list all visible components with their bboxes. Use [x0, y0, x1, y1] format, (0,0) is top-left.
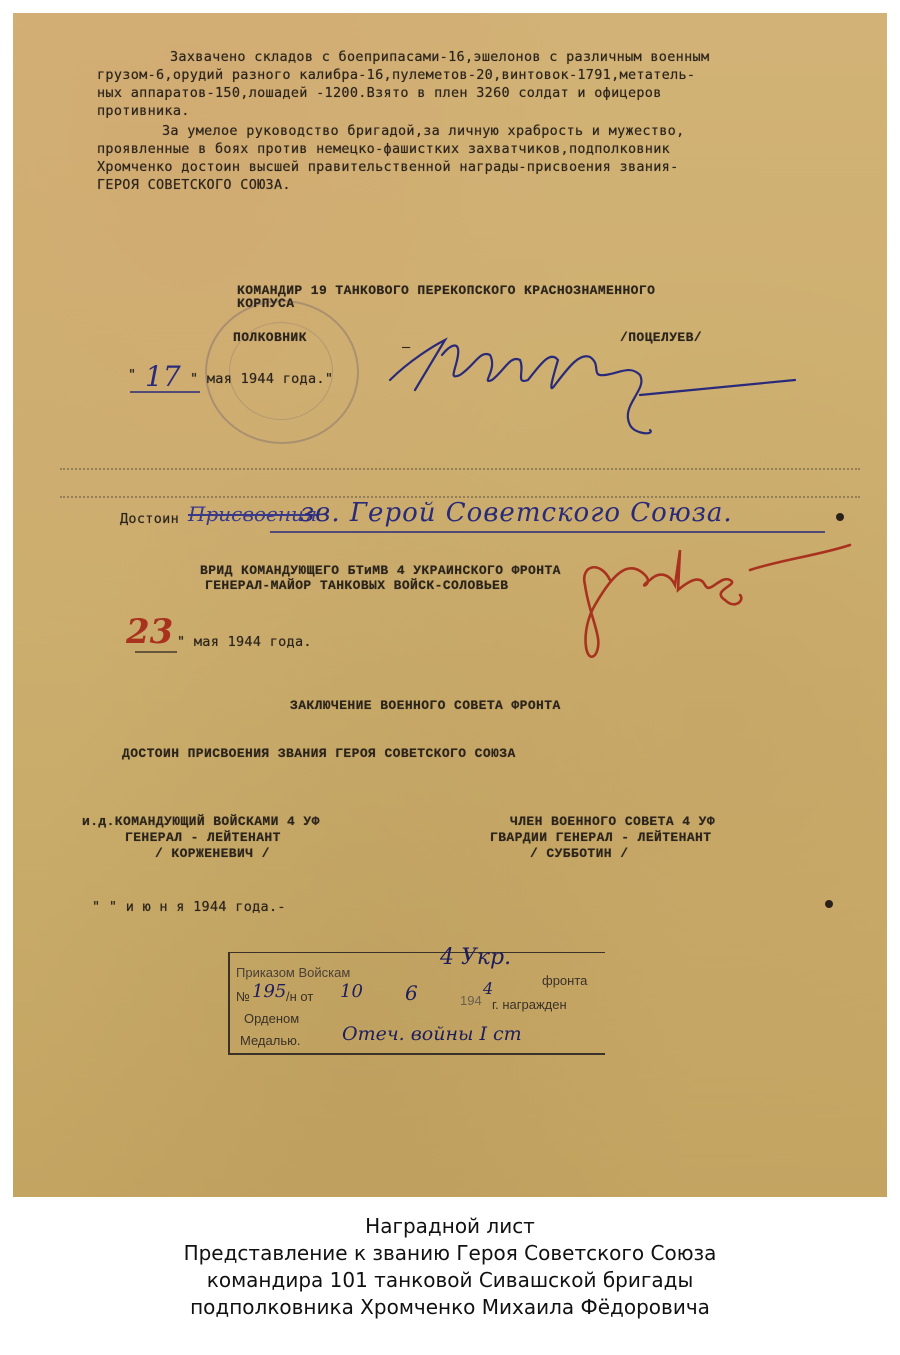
award-medal-row: Медалью. — [240, 1033, 300, 1048]
award-year-handwritten: 4 — [483, 979, 493, 998]
corps-date-day-handwritten: 17 — [145, 360, 181, 393]
armor-date-day-handwritten: 23 — [126, 612, 173, 652]
text-p1-line1: Захвачено складов с боеприпасами-16,эшел… — [170, 50, 709, 65]
award-date-month: 6 — [405, 981, 418, 1005]
worthy-handwritten-title: зв. Герой Советского Союза. — [300, 498, 733, 528]
corps-commander-rank: ПОЛКОВНИК — [233, 330, 307, 345]
caption-line2: Представление к званию Героя Советского … — [0, 1240, 900, 1266]
award-number-suffix: /н от — [286, 989, 313, 1004]
text-p1-line3: ных аппаратов-150,лошадей -1200.Взято в … — [97, 86, 662, 101]
award-number-label: № — [236, 989, 250, 1004]
punch-hole — [836, 513, 844, 521]
council-decision: ДОСТОИН ПРИСВОЕНИЯ ЗВАНИЯ ГЕРОЯ СОВЕТСКО… — [122, 746, 516, 761]
worthy-label: Достоин — [120, 512, 179, 527]
armor-date-underline — [135, 650, 180, 654]
corps-commander-title-line1: КОМАНДИР 19 ТАНКОВОГО ПЕРЕКОПСКОГО КРАСН… — [237, 283, 655, 298]
armor-commander-line1: ВРИД КОМАНДУЮЩЕГО БТиМВ 4 УКРАИНСКОГО ФР… — [200, 563, 561, 578]
council-date: " " и ю н я 1944 года.- — [92, 900, 286, 915]
award-medal-handwritten: Отеч. войны I ст — [342, 1023, 522, 1045]
text-p1-line2: грузом-6,орудий разного калибра-16,пулем… — [97, 68, 695, 83]
corps-date-rest: " мая 1944 года." — [190, 372, 333, 387]
award-front-label: фронта — [542, 973, 587, 988]
text-p2-line1: За умелое руководство бригадой,за личную… — [162, 124, 685, 139]
council-right-line1: ЧЛЕН ВОЕННОГО СОВЕТА 4 УФ — [510, 814, 715, 829]
armor-date-rest: " мая 1944 года. — [177, 635, 312, 650]
corps-date-underline — [130, 390, 200, 394]
award-awarded-label: г. награжден — [492, 997, 567, 1012]
award-order-stamp: Приказом Войскам 4 Укр. фронта № 195 /н … — [228, 952, 605, 1055]
corps-commander-signature — [380, 335, 800, 445]
punch-hole — [825, 900, 833, 908]
separator-line — [60, 468, 860, 470]
council-left-line1: и.д.КОМАНДУЮЩИЙ ВОЙСКАМИ 4 УФ — [82, 814, 320, 829]
council-right-line2: ГВАРДИИ ГЕНЕРАЛ - ЛЕЙТЕНАНТ — [490, 830, 711, 845]
award-order-row: Орденом — [244, 1011, 299, 1026]
text-p1-line4: противника. — [97, 104, 190, 119]
award-date-day: 10 — [340, 981, 363, 1002]
award-number-handwritten: 195 — [252, 981, 286, 1002]
text-p2-line2: проявленные в боях против немецко-фашист… — [97, 142, 670, 157]
worthy-strikethrough-text: Присвоения — [188, 502, 317, 526]
award-year-printed: 194 — [460, 993, 482, 1008]
caption-line3: командира 101 танковой Сивашской бригады — [0, 1267, 900, 1293]
award-front-handwritten: 4 Укр. — [440, 945, 511, 970]
armor-commander-signature — [560, 530, 860, 670]
council-heading: ЗАКЛЮЧЕНИЕ ВОЕННОГО СОВЕТА ФРОНТА — [290, 698, 561, 713]
corps-commander-title-line2: КОРПУСА — [237, 296, 294, 311]
award-order-label: Приказом Войскам — [236, 965, 350, 980]
caption-title: Наградной лист — [0, 1213, 900, 1239]
armor-commander-line2: ГЕНЕРАЛ-МАЙОР ТАНКОВЫХ ВОЙСК-СОЛОВЬЕВ — [205, 578, 508, 593]
corps-date-quote: " — [128, 368, 136, 383]
council-left-line3: / КОРЖЕНЕВИЧ / — [155, 846, 270, 861]
council-left-line2: ГЕНЕРАЛ - ЛЕЙТЕНАНТ — [125, 830, 281, 845]
text-p2-line4: ГЕРОЯ СОВЕТСКОГО СОЮЗА. — [97, 178, 291, 193]
council-right-line3: / СУББОТИН / — [530, 846, 628, 861]
text-p2-line3: Хромченко достоин высшей правительственн… — [97, 160, 679, 175]
caption-line4: подполковника Хромченко Михаила Фёдорови… — [0, 1294, 900, 1320]
